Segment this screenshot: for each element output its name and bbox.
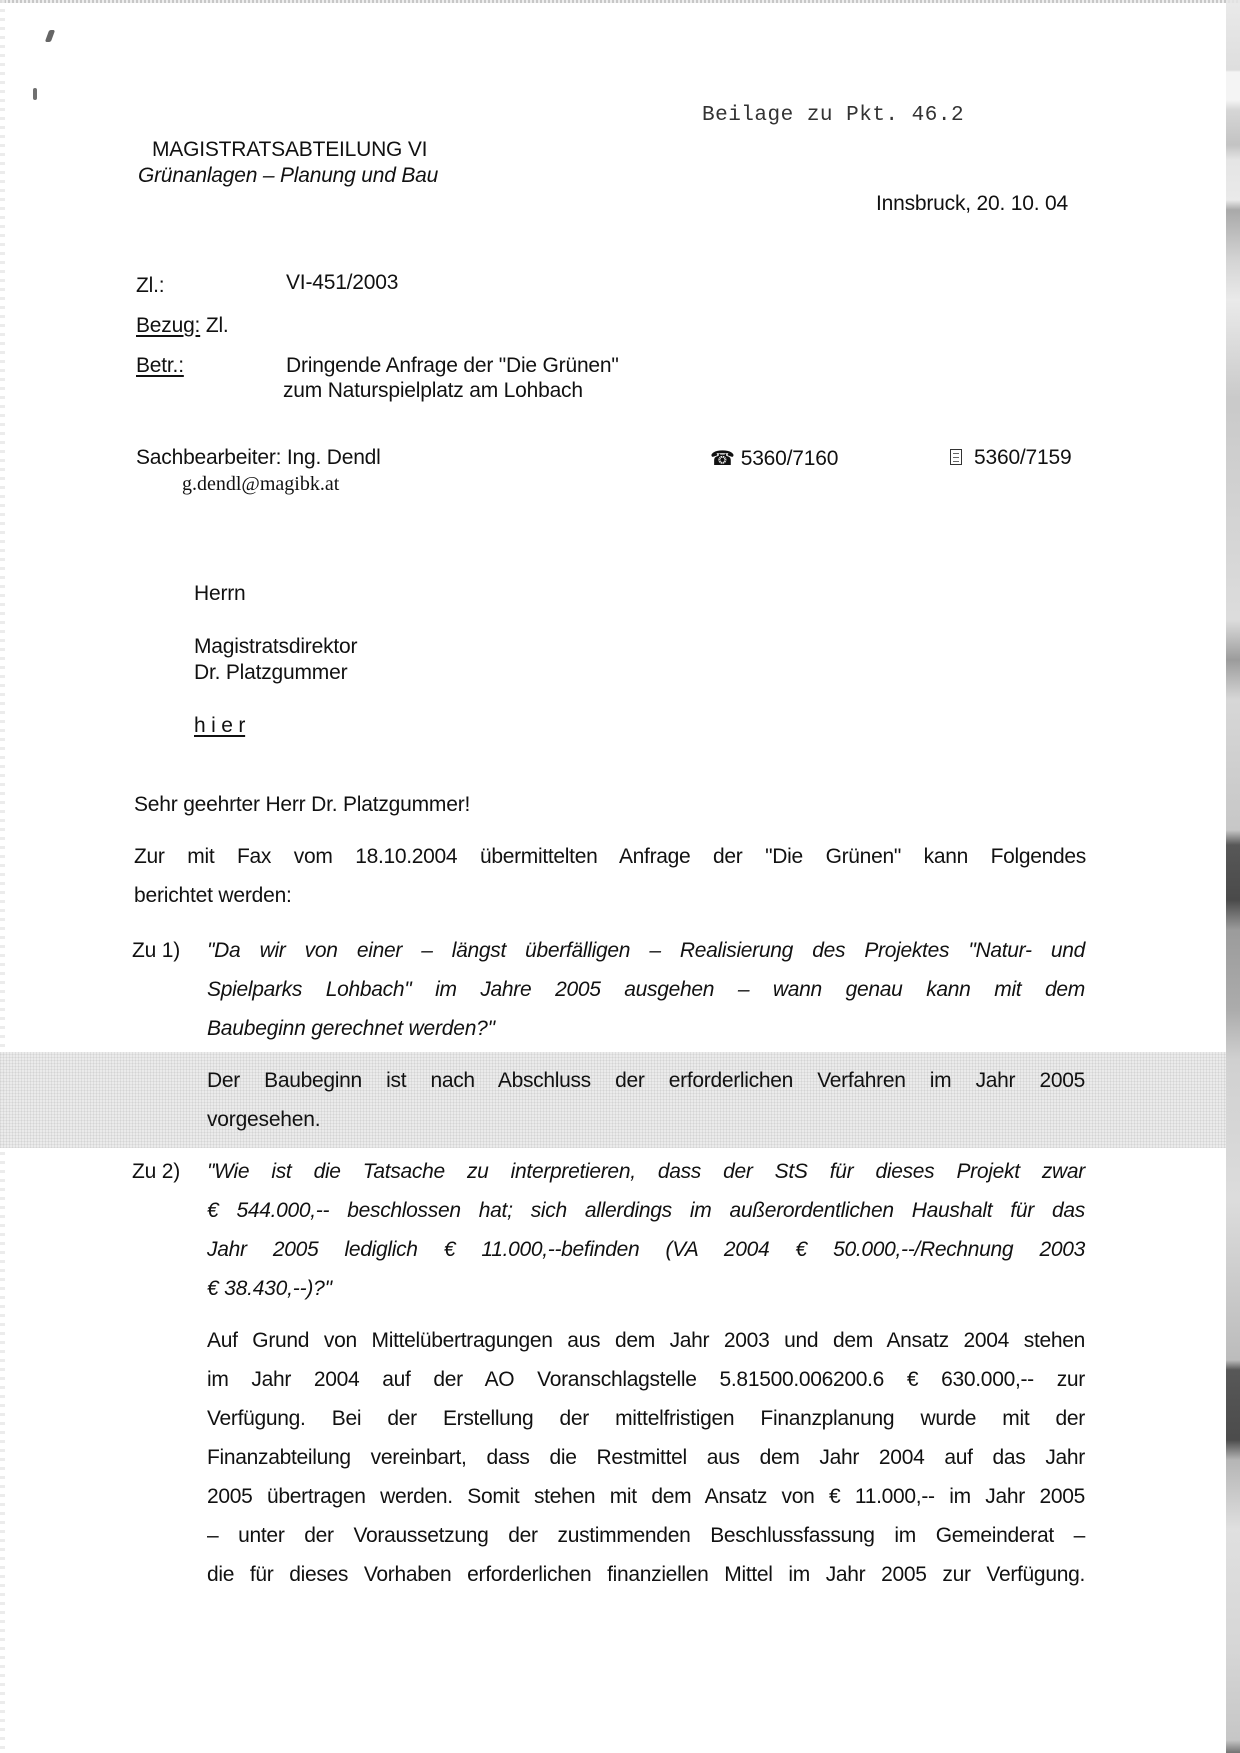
place-date: Innsbruck, 20. 10. 04 [876,192,1068,216]
recipient-salutation: Herrn [194,582,246,606]
intro-line: Zur mit Fax vom 18.10.2004 übermittelten… [134,845,1086,869]
item-label: Zu 1) [132,939,180,963]
answer-line: Auf Grund von Mittelübertragungen aus de… [207,1329,1085,1353]
clerk-name: Sachbearbeiter: Ing. Dendl [136,446,381,470]
bezug-label: Bezug: [136,314,200,337]
fax-number: 5360/7159 [974,446,1071,469]
bezug-value: Zl. [206,314,229,337]
answer-line: – unter der Voraussetzung der zustimmend… [207,1524,1085,1548]
scan-right-edge [1226,0,1240,1753]
answer-line: Der Baubeginn ist nach Abschluss der erf… [207,1069,1085,1093]
department-name: MAGISTRATSABTEILUNG VI [152,138,427,162]
subject-line-2: zum Naturspielplatz am Lohbach [283,379,583,403]
scan-smudge-mark [33,88,37,100]
intro-line: berichtet werden: [134,884,292,908]
question-line: "Da wir von einer – längst überfälligen … [207,939,1085,963]
answer-line: Verfügung. Bei der Erstellung der mittel… [207,1407,1085,1431]
department-subdivision: Grünanlagen – Planung und Bau [138,164,438,188]
subject-line-1: Dringende Anfrage der "Die Grünen" [286,354,619,378]
answer-line: die für dieses Vorhaben erforderlichen f… [207,1563,1085,1587]
question-line: "Wie ist die Tatsache zu interpretieren,… [207,1160,1085,1184]
recipient-title: Magistratsdirektor [194,635,357,659]
answer-line: Finanzabteilung vereinbart, dass die Res… [207,1446,1085,1470]
question-line: € 544.000,-- beschlossen hat; sich aller… [207,1199,1085,1223]
recipient-name: Dr. Platzgummer [194,661,347,685]
betr-label: Betr.: [136,354,184,378]
answer-line: 2005 übertragen werden. Somit stehen mit… [207,1485,1085,1509]
clerk-email[interactable]: g.dendl@magibk.at [182,473,339,496]
fax-document-icon [950,449,962,465]
question-line: Spielparks Lohbach" im Jahre 2005 ausgeh… [207,978,1085,1002]
scan-smudge-mark [45,30,55,42]
attachment-note: Beilage zu Pkt. 46.2 [702,104,964,127]
recipient-location: h i e r [194,714,245,738]
scan-top-edge [0,0,1240,3]
phone-number: 5360/7160 [741,447,838,470]
question-line: Jahr 2005 lediglich € 11.000,--befinden … [207,1238,1085,1262]
item-label: Zu 2) [132,1160,180,1184]
question-line: Baubeginn gerechnet werden?" [207,1017,495,1041]
answer-line: vorgesehen. [207,1108,320,1132]
scan-gray-band [0,1052,1226,1148]
answer-line: im Jahr 2004 auf der AO Voranschlagstell… [207,1368,1085,1392]
document-page: Beilage zu Pkt. 46.2 MAGISTRATSABTEILUNG… [0,0,1240,1753]
question-line: € 38.430,--)?" [207,1277,332,1301]
zl-value: VI-451/2003 [286,271,398,295]
greeting: Sehr geehrter Herr Dr. Platzgummer! [134,793,470,817]
zl-label: Zl.: [136,274,164,298]
telephone-icon: ☎ [710,446,735,471]
scan-left-edge [0,0,5,1753]
